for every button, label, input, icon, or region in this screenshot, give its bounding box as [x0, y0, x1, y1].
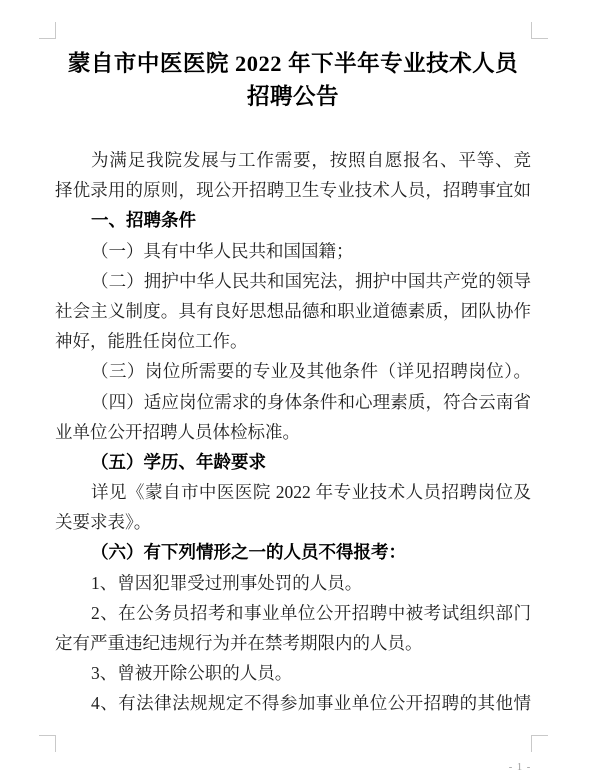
body-line: 详见《蒙自市中医医院 2022 年专业技术人员招聘岗位及相 [55, 477, 531, 507]
section-heading: （六）有下列情形之一的人员不得报考： [55, 537, 531, 567]
document-title: 蒙自市中医医院 2022 年下半年专业技术人员 招聘公告 [55, 47, 531, 113]
page-number: - 1 - [490, 762, 550, 773]
body-line: 3、曾被开除公职的人员。 [55, 658, 531, 688]
text-boundary-mark-top-right [531, 22, 548, 39]
body-line: 业单位公开招聘人员体检标准。 [55, 417, 531, 447]
title-line-1: 蒙自市中医医院 2022 年下半年专业技术人员 [55, 47, 531, 80]
document-body: 为满足我院发展与工作需要，按照自愿报名、平等、竞争、 择优录用的原则，现公开招聘… [55, 145, 531, 719]
text-boundary-mark-bottom-right [531, 735, 548, 752]
body-line: 神好，能胜任岗位工作。 [55, 326, 531, 356]
text-boundary-mark-bottom-left [39, 735, 56, 752]
body-line: 2、在公务员招考和事业单位公开招聘中被考试组织部门认 [55, 598, 531, 628]
body-line: 关要求表》。 [55, 507, 531, 537]
body-line: 择优录用的原则，现公开招聘卫生专业技术人员，招聘事宜如下： [55, 175, 531, 205]
section-heading: 一、招聘条件 [55, 205, 531, 235]
title-line-2: 招聘公告 [55, 80, 531, 113]
body-line: 4、有法律法规规定不得参加事业单位公开招聘的其他情形 [55, 688, 531, 718]
section-heading: （五）学历、年龄要求 [55, 447, 531, 477]
body-line: （二）拥护中华人民共和国宪法，拥护中国共产党的领导和 [55, 266, 531, 296]
document-page: 蒙自市中医医院 2022 年下半年专业技术人员 招聘公告 为满足我院发展与工作需… [0, 0, 600, 784]
body-line: 定有严重违纪违规行为并在禁考期限内的人员。 [55, 628, 531, 658]
body-line: 1、曾因犯罪受过刑事处罚的人员。 [55, 568, 531, 598]
body-line: （一）具有中华人民共和国国籍； [55, 236, 531, 266]
text-boundary-mark-top-left [39, 22, 56, 39]
body-line: 为满足我院发展与工作需要，按照自愿报名、平等、竞争、 [55, 145, 531, 175]
body-line: （三）岗位所需要的专业及其他条件（详见招聘岗位）。 [55, 356, 531, 386]
body-line: 社会主义制度。具有良好思想品德和职业道德素质，团队协作精 [55, 296, 531, 326]
body-line: （四）适应岗位需求的身体条件和心理素质，符合云南省事 [55, 387, 531, 417]
